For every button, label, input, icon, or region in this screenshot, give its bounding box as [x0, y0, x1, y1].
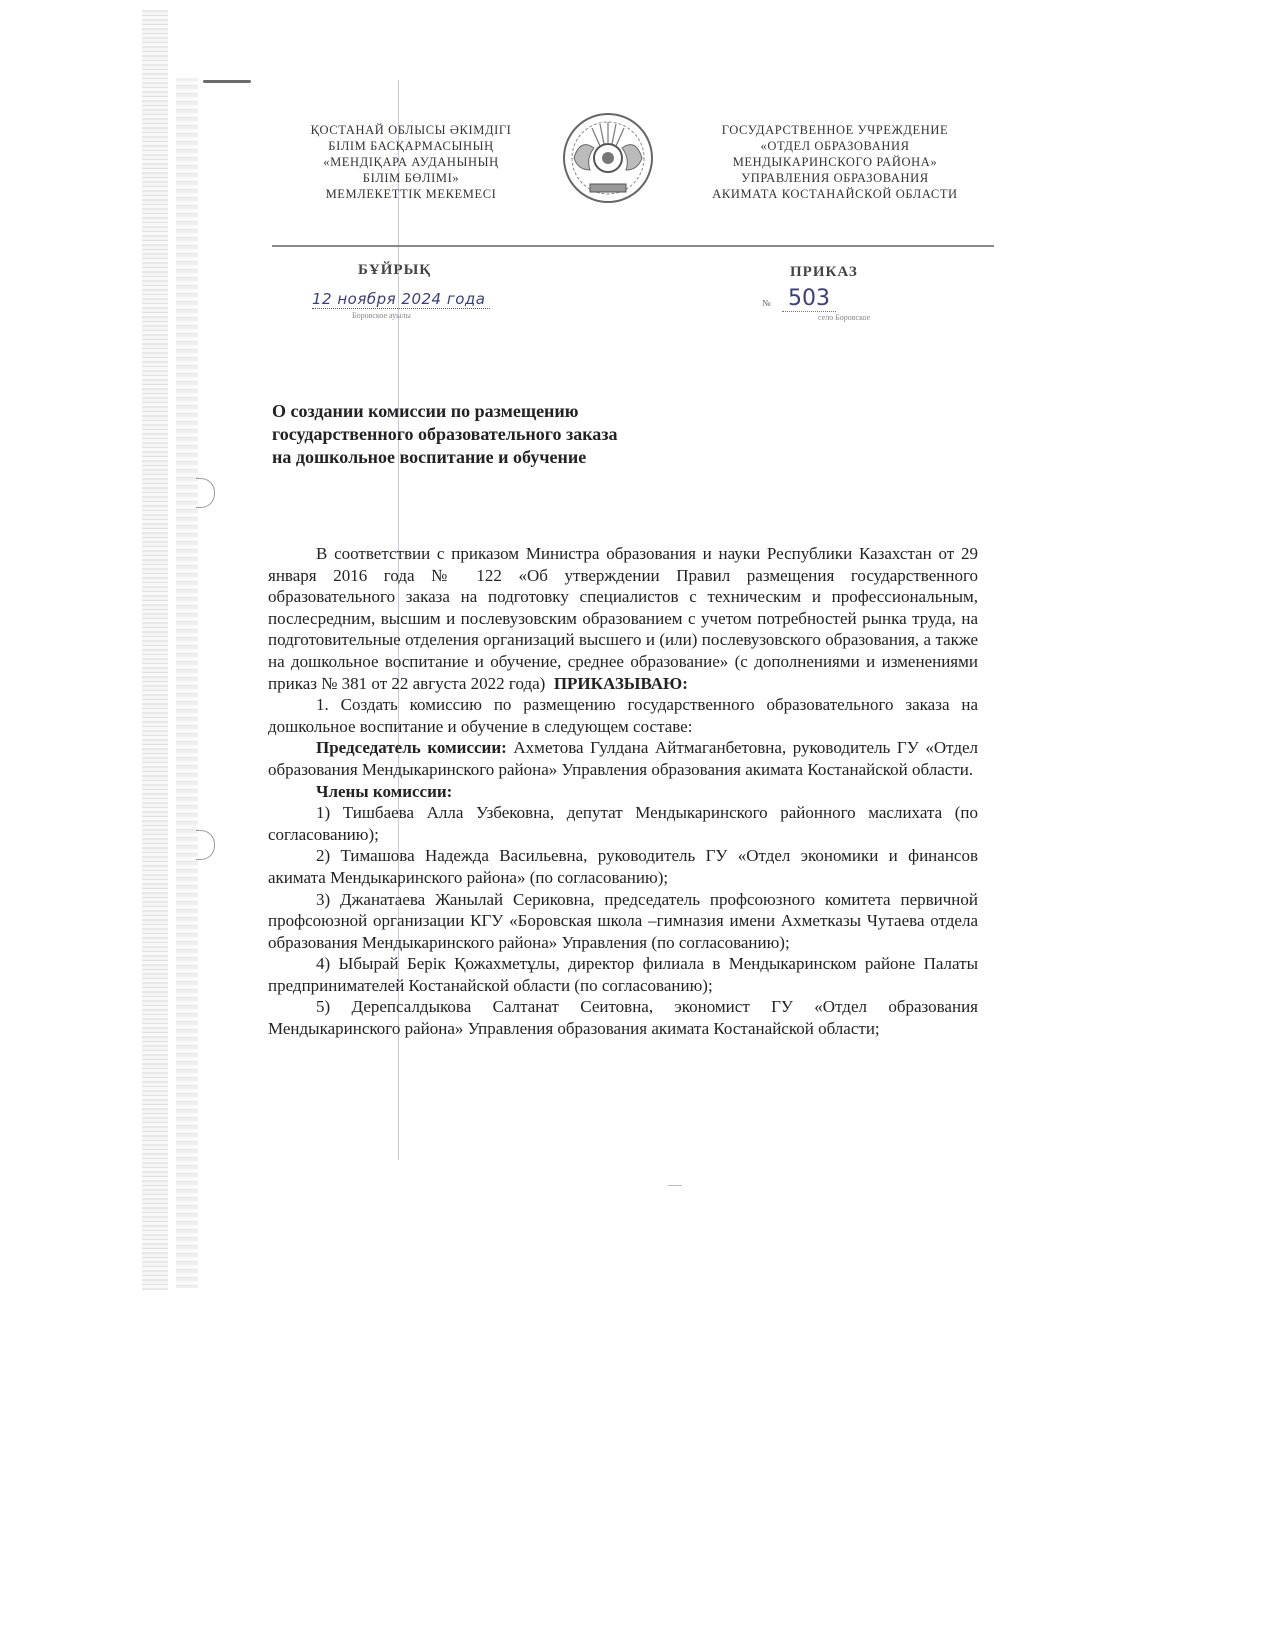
order-kind-kz: БҰЙРЫҚ	[358, 262, 431, 279]
org-line: БІЛІМ БАСҚАРМАСЫНЫҢ	[280, 138, 542, 154]
order-number-label: №	[762, 298, 771, 308]
scan-edge-artifact	[142, 10, 168, 1290]
title-line: государственного образовательного заказа	[272, 423, 702, 446]
staple-mark	[203, 80, 251, 83]
document-title: О создании комиссии по размещению госуда…	[272, 400, 702, 469]
org-line: УПРАВЛЕНИЯ ОБРАЗОВАНИЯ	[680, 170, 990, 186]
member-item: 2) Тимашова Надежда Васильевна, руководи…	[268, 845, 978, 888]
member-item: 4) Ыбырай Берік Қожахметұлы, директор фи…	[268, 953, 978, 996]
order-date-handwritten: 12 ноября 2024 года	[312, 290, 490, 309]
scan-speck	[668, 1185, 682, 1186]
order-word: ПРИКАЗЫВАЮ:	[554, 674, 688, 693]
member-item: 3) Джанатаева Жанылай Сериковна, председ…	[268, 889, 978, 954]
punch-hole	[196, 478, 215, 508]
preamble-paragraph: В соответствии с приказом Министра образ…	[268, 543, 978, 694]
punch-hole	[196, 830, 215, 860]
order-place-kz: Боровское ауылы	[352, 311, 411, 320]
order-kind-ru: ПРИКАЗ	[790, 264, 858, 281]
header-org-ru: ГОСУДАРСТВЕННОЕ УЧРЕЖДЕНИЕ «ОТДЕЛ ОБРАЗО…	[680, 122, 990, 202]
header-org-kz: ҚОСТАНАЙ ОБЛЫСЫ ӘКІМДІГІ БІЛІМ БАСҚАРМАС…	[280, 122, 542, 202]
document-body: В соответствии с приказом Министра образ…	[268, 543, 978, 1040]
order-number-handwritten: 503	[782, 286, 836, 312]
title-line: О создании комиссии по размещению	[272, 400, 702, 423]
title-line: на дошкольное воспитание и обучение	[272, 446, 702, 469]
org-line: «ОТДЕЛ ОБРАЗОВАНИЯ	[680, 138, 990, 154]
header-divider	[272, 245, 994, 247]
members-label: Члены комиссии:	[268, 781, 978, 803]
member-item: 1) Тишбаева Алла Узбековна, депутат Менд…	[268, 802, 978, 845]
org-line: АКИМАТА КОСТАНАЙСКОЙ ОБЛАСТИ	[680, 186, 990, 202]
org-line: ГОСУДАРСТВЕННОЕ УЧРЕЖДЕНИЕ	[680, 122, 990, 138]
preamble-text: В соответствии с приказом Министра образ…	[268, 544, 978, 693]
member-item: 5) Дерепсалдыкова Салтанат Сеитовна, эко…	[268, 996, 978, 1039]
chair-label: Председатель комиссии:	[316, 738, 507, 757]
order-place-ru: село Боровское	[818, 313, 870, 322]
scan-edge-artifact	[176, 78, 198, 1288]
org-line: «МЕНДІҚАРА АУДАНЫНЫҢ	[280, 154, 542, 170]
org-line: БІЛІМ БӨЛІМІ»	[280, 170, 542, 186]
chair-paragraph: Председатель комиссии: Ахметова Гулдана …	[268, 737, 978, 780]
item-1-paragraph: 1. Создать комиссию по размещению госуда…	[268, 694, 978, 737]
org-line: ҚОСТАНАЙ ОБЛЫСЫ ӘКІМДІГІ	[280, 122, 542, 138]
org-line: МЕНДЫКАРИНСКОГО РАЙОНА»	[680, 154, 990, 170]
state-emblem-icon	[560, 108, 656, 208]
org-line: МЕМЛЕКЕТТІК МЕКЕМЕСІ	[280, 186, 542, 202]
